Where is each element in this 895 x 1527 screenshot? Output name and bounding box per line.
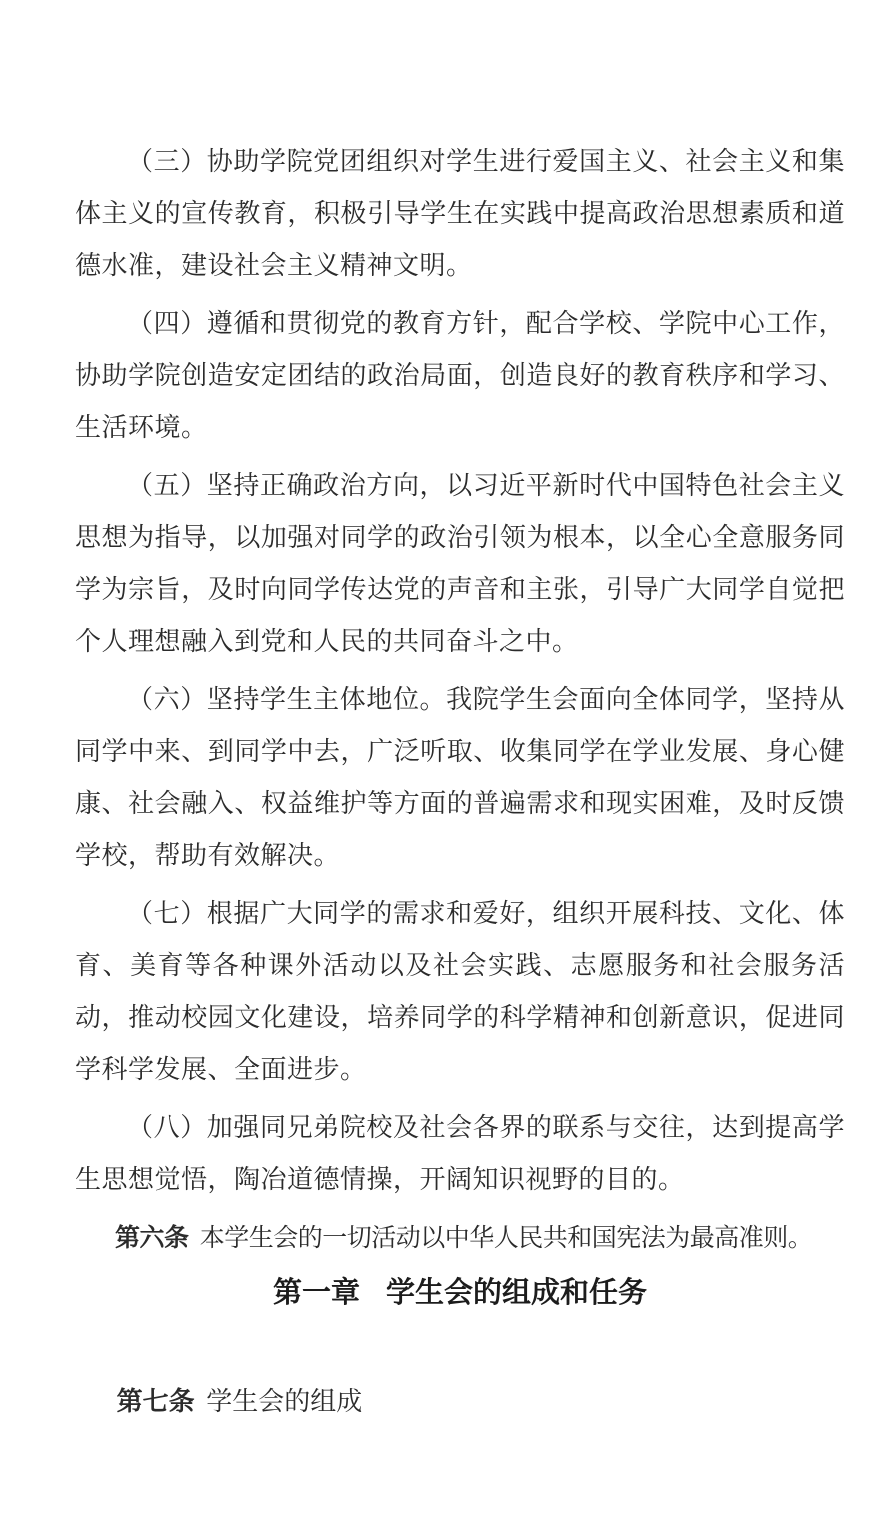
document-page: （三）协助学院党团组织对学生进行爱国主义、社会主义和集体主义的宣传教育，积极引导…	[0, 0, 895, 1428]
article-seven-text: 学生会的组成	[206, 1387, 362, 1416]
chapter-label: 第一章	[273, 1277, 360, 1309]
document-content: （三）协助学院党团组织对学生进行爱国主义、社会主义和集体主义的宣传教育，积极引导…	[75, 136, 845, 1428]
clause-paragraph-4: （四）遵循和贯彻党的教育方针，配合学校、学院中心工作，协助学院创造安定团结的政治…	[75, 298, 845, 454]
clause-paragraph-5: （五）坚持正确政治方向，以习近平新时代中国特色社会主义思想为指导，以加强对同学的…	[75, 460, 845, 668]
clause-paragraph-6: （六）坚持学生主体地位。我院学生会面向全体同学，坚持从同学中来、到同学中去，广泛…	[75, 674, 845, 882]
chapter-heading: 第一章学生会的组成和任务	[75, 1267, 845, 1319]
article-six-line: 第六条本学生会的一切活动以中华人民共和国宪法为最高准则。	[75, 1212, 845, 1265]
article-seven-label: 第七条	[117, 1386, 195, 1416]
article-six-text: 本学生会的一切活动以中华人民共和国宪法为最高准则。	[200, 1225, 813, 1252]
clause-paragraph-3: （三）协助学院党团组织对学生进行爱国主义、社会主义和集体主义的宣传教育，积极引导…	[75, 136, 845, 292]
chapter-title: 学生会的组成和任务	[386, 1277, 647, 1309]
article-seven-line: 第七条学生会的组成	[75, 1375, 845, 1428]
clause-paragraph-8: （八）加强同兄弟院校及社会各界的联系与交往，达到提高学生思想觉悟，陶冶道德情操，…	[75, 1102, 845, 1206]
article-six-label: 第六条	[115, 1224, 189, 1252]
clause-paragraph-7: （七）根据广大同学的需求和爱好，组织开展科技、文化、体育、美育等各种课外活动以及…	[75, 888, 845, 1096]
